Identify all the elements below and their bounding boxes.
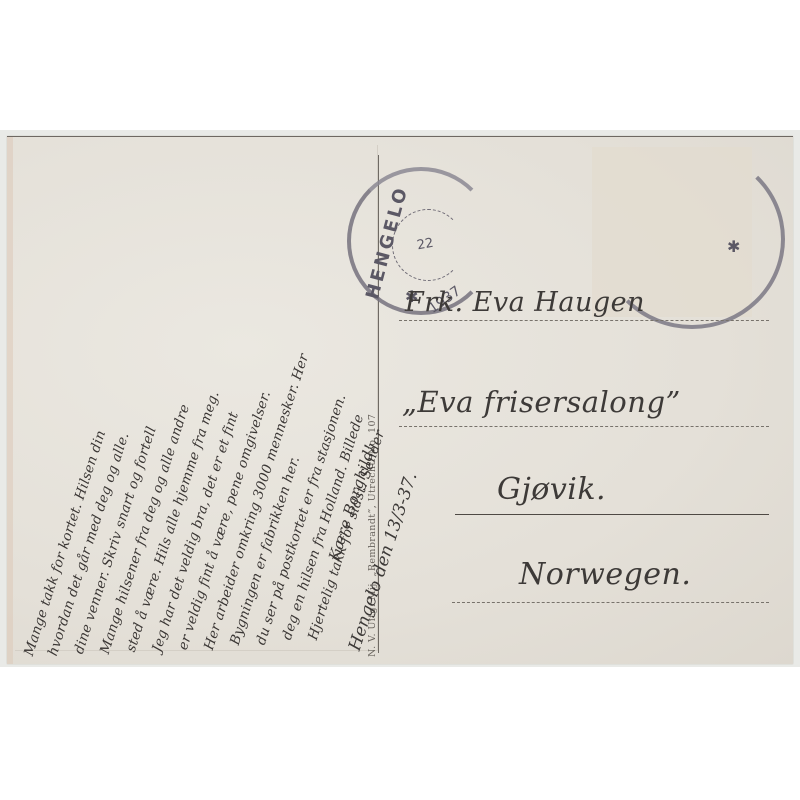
postmark-day: 22: [416, 236, 435, 254]
address-line-4: [452, 602, 769, 603]
postcard: N. V. Uitg. Mij. „Rembrandt”, Utrecht. N…: [7, 136, 793, 664]
address-recipient: Frk. Eva Haugen: [405, 287, 645, 318]
card-edge: [7, 137, 13, 664]
address-line-3: [455, 514, 769, 515]
address-business: „Eva frisersalong”: [402, 385, 681, 419]
postmark-star-icon: ✱: [727, 237, 740, 256]
address-line-2: [399, 426, 769, 427]
address-country: Norwegen.: [519, 557, 691, 592]
address-city: Gjøvik.: [497, 472, 606, 507]
address-line-1: [399, 320, 769, 321]
